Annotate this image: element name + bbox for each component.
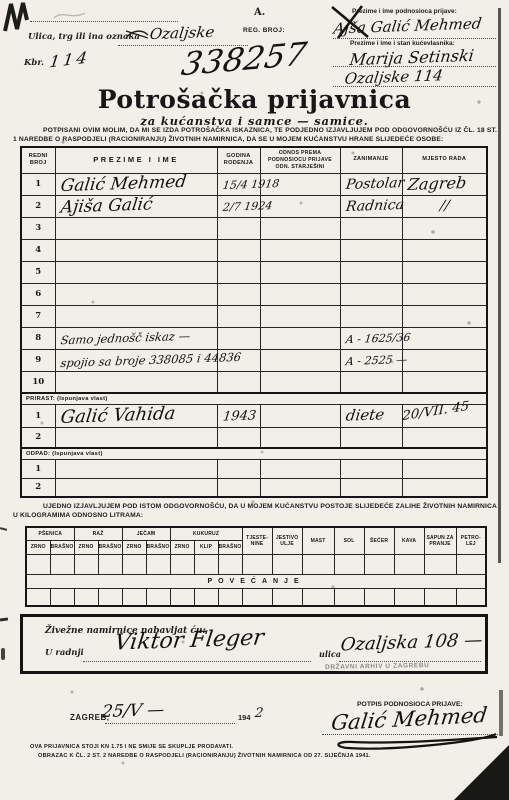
occupation-cell: Postolar bbox=[340, 173, 402, 195]
scan-left-mark bbox=[1, 648, 5, 660]
col-header-kava: KAVA bbox=[394, 527, 424, 554]
sub-header-brasno: BRAŠNO bbox=[50, 540, 74, 554]
purchase-box: Živežne namirnice nabavljat ću: U radnji… bbox=[20, 614, 488, 674]
workplace-cell: // bbox=[402, 195, 487, 217]
supply-cell bbox=[334, 554, 364, 574]
occupation-cell bbox=[340, 283, 402, 305]
sub-header-zrno: ZRNO bbox=[122, 540, 146, 554]
relation-cell bbox=[260, 349, 340, 371]
occupation-cell bbox=[340, 459, 402, 478]
relation-cell bbox=[260, 327, 340, 349]
person-row: 10 bbox=[21, 371, 487, 393]
supply-cell bbox=[302, 588, 334, 606]
supply-cell bbox=[146, 588, 170, 606]
name-cell bbox=[55, 371, 217, 393]
workplace-cell bbox=[402, 261, 487, 283]
row-number: 2 bbox=[21, 478, 55, 497]
kbr-value: 114 bbox=[48, 48, 91, 72]
supply-cell bbox=[26, 554, 50, 574]
born-cell bbox=[217, 217, 260, 239]
supply-cell bbox=[218, 554, 242, 574]
relation-cell bbox=[260, 371, 340, 393]
row-number: 5 bbox=[21, 261, 55, 283]
workplace-cell: Zagreb bbox=[402, 173, 487, 195]
relation-cell bbox=[260, 404, 340, 427]
born-cell bbox=[217, 283, 260, 305]
year-value: 2 bbox=[254, 706, 264, 721]
row-number: 1 bbox=[21, 173, 55, 195]
col-header-redni-broj: REDNI BROJ bbox=[21, 147, 55, 173]
pencil-mark bbox=[52, 8, 88, 22]
col-header-mast: MAST bbox=[302, 527, 334, 554]
occupation-value: diete bbox=[344, 405, 385, 424]
scan-noise bbox=[0, 0, 2, 2]
born-cell bbox=[217, 239, 260, 261]
col-group-raz: RAŽ bbox=[74, 527, 122, 540]
name-cell bbox=[55, 283, 217, 305]
supply-cell bbox=[170, 588, 194, 606]
prirast-label-row: PRIRAST: (Ispunjava vlast) bbox=[21, 393, 487, 404]
prirast-row: 1 Galić Vahida 1943 diete 20/VII. 45 bbox=[21, 404, 487, 427]
occupation-cell: A - 1625/36 bbox=[340, 327, 402, 349]
occupation-value: Radnica bbox=[344, 197, 404, 215]
prirast-row: 2 bbox=[21, 427, 487, 448]
file-ref-value: A - 1625/36 bbox=[345, 331, 411, 346]
workplace-cell bbox=[402, 239, 487, 261]
person-row: 6 bbox=[21, 283, 487, 305]
supply-cell bbox=[456, 588, 486, 606]
col-header-petrolej: PETRO-LEJ bbox=[456, 527, 486, 554]
sub-header-brasno: BRAŠNO bbox=[218, 540, 242, 554]
kbr-label: Kbr. bbox=[24, 58, 44, 68]
row-number: 6 bbox=[21, 283, 55, 305]
row-number: 8 bbox=[21, 327, 55, 349]
col-header-prezime-ime: PREZIME I IME bbox=[55, 147, 217, 173]
crossed-out-scribble bbox=[124, 26, 150, 42]
name-value: Ajiša Galić bbox=[59, 194, 153, 217]
supply-cell bbox=[74, 588, 98, 606]
cross-out-x-mark bbox=[328, 4, 372, 40]
odpad-label: ODPAD: (Ispunjava vlast) bbox=[21, 448, 487, 459]
col-group-jecam: JEČAM bbox=[122, 527, 170, 540]
supply-cell bbox=[194, 588, 218, 606]
scan-left-mark bbox=[0, 617, 8, 621]
sub-header-zrno: ZRNO bbox=[170, 540, 194, 554]
name-cell: Galić Vahida bbox=[55, 404, 217, 427]
col-header-odnos: ODNOS PREMA PODNOSIOCU PRIJAVE ODN. STAR… bbox=[260, 147, 340, 173]
occupation-cell: Radnica bbox=[340, 195, 402, 217]
supplies-intro-text: UJEDNO IZJAVLJUJEM POD ISTOM ODGOVORNOŠĆ… bbox=[13, 502, 497, 520]
born-cell bbox=[217, 261, 260, 283]
workplace-cell bbox=[402, 349, 487, 371]
born-cell bbox=[217, 459, 260, 478]
date-cell bbox=[402, 427, 487, 448]
year-prefix: 194 bbox=[238, 713, 251, 722]
supply-cell bbox=[394, 588, 424, 606]
povecanje-label: POVEĆANJE bbox=[26, 574, 486, 588]
supply-cell bbox=[98, 588, 122, 606]
workplace-value: Zagreb bbox=[406, 173, 467, 194]
workplace-cell bbox=[402, 305, 487, 327]
born-value: 15/4 1918 bbox=[222, 177, 280, 192]
date-cell bbox=[402, 478, 487, 497]
row-number: 4 bbox=[21, 239, 55, 261]
row-number: 1 bbox=[21, 404, 55, 427]
name-cell bbox=[55, 217, 217, 239]
row-number: 10 bbox=[21, 371, 55, 393]
occupation-cell bbox=[340, 478, 402, 497]
scanned-form-sheet: A. Ulica, trg ili ina oznaka Ozaljske Kb… bbox=[0, 0, 509, 800]
relation-cell bbox=[260, 217, 340, 239]
signature-flourish bbox=[330, 730, 502, 754]
person-row: 9 spojio sa broje 338085 i 44836 A - 252… bbox=[21, 349, 487, 371]
occupation-cell bbox=[340, 371, 402, 393]
person-row: 2 Ajiša Galić 2/7 1924 Radnica // bbox=[21, 195, 487, 217]
occupation-cell bbox=[340, 427, 402, 448]
occupation-cell: diete bbox=[340, 404, 402, 427]
born-value: 1943 bbox=[221, 408, 256, 424]
persons-table: REDNI BROJ PREZIME I IME GODINA RODENJA … bbox=[20, 146, 488, 394]
purchase-street-label: ulica bbox=[319, 649, 341, 659]
archive-stamp: DRŽAVNI ARHIV U ZAGREBU bbox=[325, 662, 430, 671]
born-cell bbox=[217, 478, 260, 497]
col-group-psenica: PŠENICA bbox=[26, 527, 74, 540]
relation-cell bbox=[260, 261, 340, 283]
col-header-sol: SOL bbox=[334, 527, 364, 554]
supply-cell bbox=[394, 554, 424, 574]
sub-header-zrno: ZRNO bbox=[74, 540, 98, 554]
supply-cell bbox=[194, 554, 218, 574]
workplace-cell bbox=[402, 327, 487, 349]
supply-cell bbox=[272, 554, 302, 574]
annotation-value: spojio sa broje 338085 i 44836 bbox=[59, 350, 241, 370]
supplies-value-row bbox=[26, 588, 486, 606]
supplies-value-row bbox=[26, 554, 486, 574]
file-ref-value: A - 2525 — bbox=[345, 353, 408, 368]
name-cell bbox=[55, 261, 217, 283]
owner-label: Prezime i ime i stan kućevlasnika: bbox=[350, 40, 455, 47]
scan-corner-mark bbox=[2, 0, 32, 34]
name-cell: Galić Mehmed bbox=[55, 173, 217, 195]
supply-cell bbox=[50, 588, 74, 606]
col-header-sapun: SAPUN ZA PRANJE bbox=[424, 527, 456, 554]
supply-cell bbox=[146, 554, 170, 574]
relation-cell bbox=[260, 459, 340, 478]
prirast-label: PRIRAST: (Ispunjava vlast) bbox=[21, 393, 487, 404]
row-number: 1 bbox=[21, 459, 55, 478]
name-value: Galić Vahida bbox=[59, 403, 176, 428]
odpad-row: 2 bbox=[21, 478, 487, 497]
sub-header-brasno: BRAŠNO bbox=[98, 540, 122, 554]
applicant-dotted-line bbox=[333, 38, 496, 39]
reg-broj-value: 338257 bbox=[179, 35, 309, 84]
name-cell: Ajiša Galić bbox=[55, 195, 217, 217]
col-header-godina: GODINA RODENJA bbox=[217, 147, 260, 173]
name-cell bbox=[55, 239, 217, 261]
born-value: 2/7 1924 bbox=[222, 199, 273, 214]
section-letter: A. bbox=[254, 7, 265, 18]
person-row: 1 Galić Mehmed 15/4 1918 Postolar Zagreb bbox=[21, 173, 487, 195]
supply-cell bbox=[74, 554, 98, 574]
supply-cell bbox=[424, 588, 456, 606]
supply-cell bbox=[334, 588, 364, 606]
relation-cell bbox=[260, 239, 340, 261]
supply-cell bbox=[364, 588, 394, 606]
born-cell: 15/4 1918 bbox=[217, 173, 260, 195]
row-number: 9 bbox=[21, 349, 55, 371]
person-row: 5 bbox=[21, 261, 487, 283]
col-header-tjestenine: TJESTE-NINE bbox=[242, 527, 272, 554]
street-value: Ozaljske bbox=[149, 23, 216, 43]
person-row: 8 Samo jednošč iskaz — A - 1625/36 bbox=[21, 327, 487, 349]
name-cell: Samo jednošč iskaz — bbox=[55, 327, 217, 349]
name-cell bbox=[55, 427, 217, 448]
odpad-table: ODPAD: (Ispunjava vlast) 1 2 bbox=[20, 447, 488, 498]
col-header-zanimanje: ZANIMANJE bbox=[340, 147, 402, 173]
supply-cell bbox=[170, 554, 194, 574]
supply-cell bbox=[98, 554, 122, 574]
workplace-cell bbox=[402, 371, 487, 393]
occupation-cell bbox=[340, 239, 402, 261]
supply-cell bbox=[26, 588, 50, 606]
born-cell bbox=[217, 371, 260, 393]
sub-header-brasno: BRAŠNO bbox=[146, 540, 170, 554]
name-value: Galić Mehmed bbox=[59, 172, 187, 196]
supply-cell bbox=[364, 554, 394, 574]
supply-cell bbox=[302, 554, 334, 574]
born-cell: 2/7 1924 bbox=[217, 195, 260, 217]
row-number: 2 bbox=[21, 427, 55, 448]
supply-cell bbox=[272, 588, 302, 606]
prirast-table: PRIRAST: (Ispunjava vlast) 1 Galić Vahid… bbox=[20, 392, 488, 449]
povecanje-row: POVEĆANJE bbox=[26, 574, 486, 588]
supply-cell bbox=[424, 554, 456, 574]
blank-dotted-line bbox=[30, 21, 178, 22]
person-row: 4 bbox=[21, 239, 487, 261]
born-cell: 1943 bbox=[217, 404, 260, 427]
name-cell bbox=[55, 305, 217, 327]
reg-broj-label: REG. BROJ: bbox=[243, 27, 285, 34]
occupation-cell: A - 2525 — bbox=[340, 349, 402, 371]
occupation-cell bbox=[340, 217, 402, 239]
col-header-jestivo-ulje: JESTIVO ULJE bbox=[272, 527, 302, 554]
col-group-kukuruz: KUKURUZ bbox=[170, 527, 242, 540]
supplies-group-header-row: PŠENICA RAŽ JEČAM KUKURUZ TJESTE-NINE JE… bbox=[26, 527, 486, 540]
fineprint-price: OVA PRIJAVNICA STOJI KN 1.75 I NE SMIJE … bbox=[30, 744, 233, 750]
name-cell: spojio sa broje 338085 i 44836 bbox=[55, 349, 217, 371]
person-row: 7 bbox=[21, 305, 487, 327]
supply-cell bbox=[456, 554, 486, 574]
date-dotted-line bbox=[105, 723, 235, 724]
name-cell bbox=[55, 459, 217, 478]
sub-header-klip: KLIP bbox=[194, 540, 218, 554]
born-cell bbox=[217, 427, 260, 448]
born-cell bbox=[217, 305, 260, 327]
shop-dotted-line bbox=[83, 661, 311, 662]
occupation-cell bbox=[340, 305, 402, 327]
occupation-value: Postolar bbox=[344, 175, 404, 193]
supply-cell bbox=[242, 588, 272, 606]
relation-cell bbox=[260, 478, 340, 497]
col-header-secer: ŠEĆER bbox=[364, 527, 394, 554]
fineprint-regulation: OBRAZAC K ČL. 2 ST. 2 NAREDBE O RASPODJE… bbox=[38, 753, 371, 759]
workplace-cell bbox=[402, 217, 487, 239]
shop-label: U radnji bbox=[45, 648, 84, 658]
date-value: 25/V — bbox=[101, 700, 166, 722]
row-number: 7 bbox=[21, 305, 55, 327]
annotation-value: Samo jednošč iskaz — bbox=[59, 329, 190, 347]
name-cell bbox=[55, 478, 217, 497]
form-intro-text: POTPISANI OVIM MOLIM, DA MI SE IZDA POTR… bbox=[13, 126, 497, 144]
date-cell: 20/VII. 45 bbox=[402, 404, 487, 427]
supply-cell bbox=[242, 554, 272, 574]
col-header-mjesto-rada: MJESTO RADA bbox=[402, 147, 487, 173]
sub-header-zrno: ZRNO bbox=[26, 540, 50, 554]
supply-cell bbox=[122, 554, 146, 574]
supply-cell bbox=[122, 588, 146, 606]
row-number: 2 bbox=[21, 195, 55, 217]
row-number: 3 bbox=[21, 217, 55, 239]
workplace-value: // bbox=[439, 198, 450, 214]
supply-cell bbox=[50, 554, 74, 574]
born-cell bbox=[217, 327, 260, 349]
occupation-cell bbox=[340, 261, 402, 283]
scan-left-mark bbox=[0, 527, 7, 531]
supply-cell bbox=[218, 588, 242, 606]
shop-value: Viktor Fleger bbox=[113, 625, 265, 655]
relation-cell bbox=[260, 283, 340, 305]
form-title: Potrošačka prijavnica bbox=[0, 85, 509, 114]
persons-header-row: REDNI BROJ PREZIME I IME GODINA RODENJA … bbox=[21, 147, 487, 173]
date-cell bbox=[402, 459, 487, 478]
relation-cell bbox=[260, 427, 340, 448]
odpad-row: 1 bbox=[21, 459, 487, 478]
workplace-cell bbox=[402, 283, 487, 305]
odpad-label-row: ODPAD: (Ispunjava vlast) bbox=[21, 448, 487, 459]
relation-cell bbox=[260, 305, 340, 327]
supplies-table: PŠENICA RAŽ JEČAM KUKURUZ TJESTE-NINE JE… bbox=[25, 526, 487, 607]
purchase-street-value: Ozaljska 108 — bbox=[339, 630, 483, 656]
person-row: 3 bbox=[21, 217, 487, 239]
